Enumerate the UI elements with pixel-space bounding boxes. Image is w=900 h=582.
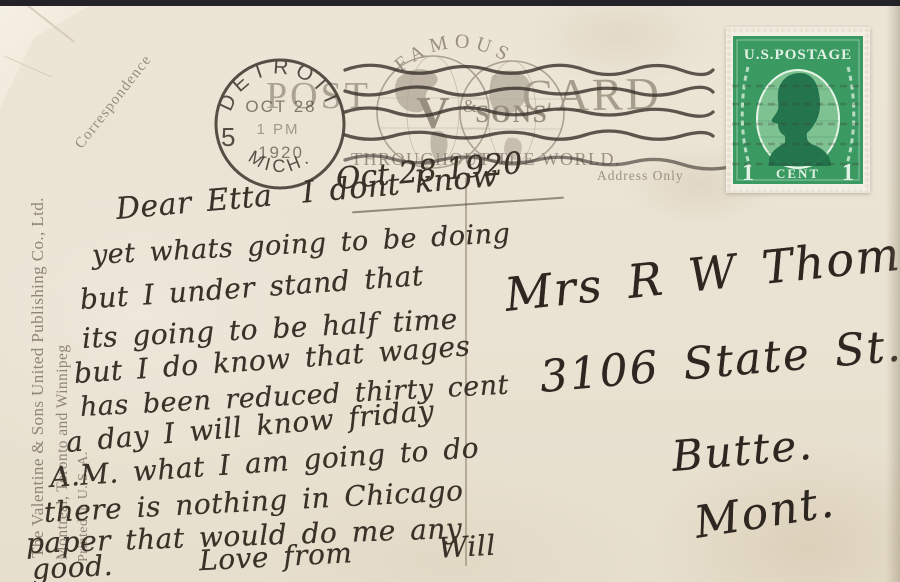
stamp-value-left: 1 — [742, 160, 754, 186]
wavy-line — [345, 131, 713, 139]
card-right-edge-shadow — [886, 0, 900, 582]
postmark-date-year: 1920 — [258, 143, 304, 162]
stamp-value-right: 1 — [842, 160, 854, 186]
postmark: DETROIT MICH. 5 OCT 28 1 PM 1920 — [214, 55, 346, 188]
postmark-date-month-day: OCT 28 — [245, 97, 316, 116]
famous-arc-text: FAMOUS — [391, 30, 518, 76]
scan-top-edge — [0, 0, 900, 6]
postmark-duplex-number: 5 — [221, 122, 235, 152]
postmark-date-time: 1 PM — [256, 121, 299, 138]
postage-stamp: U.S.POSTAGE 1 CENT 1 — [726, 27, 870, 193]
stamp-country-text: U.S.POSTAGE — [744, 47, 852, 63]
stamp-value-word: CENT — [776, 166, 820, 181]
postcard-photo: The Valentine & Sons United Publishing C… — [0, 0, 900, 582]
